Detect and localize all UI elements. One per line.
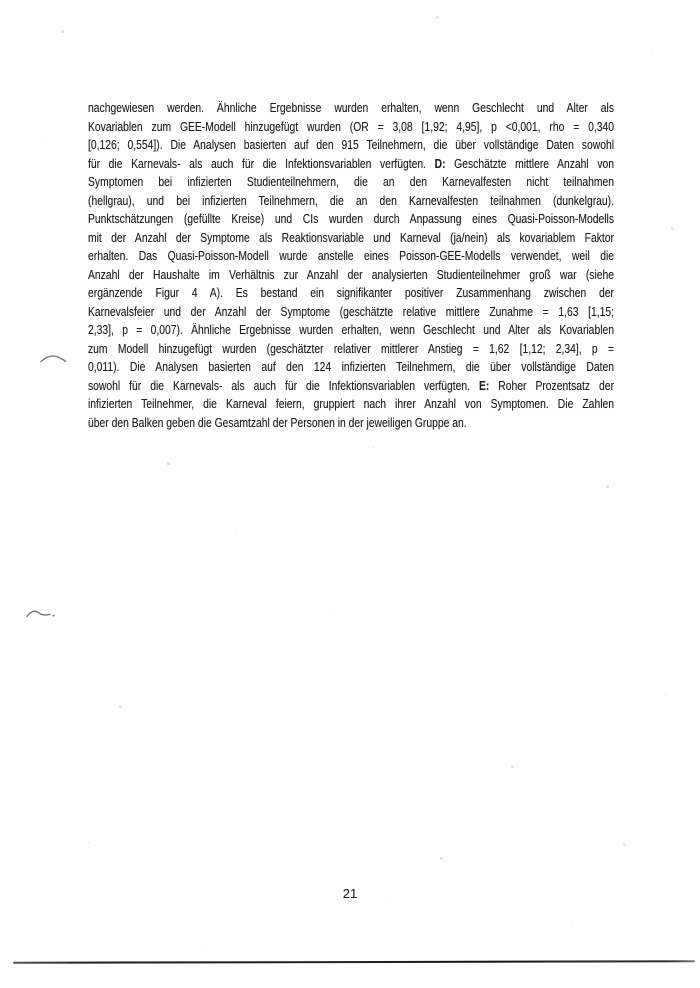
caption-text: erhalten. Das Quasi-Poisson-Modell wurde…: [88, 249, 614, 263]
caption-line: für die Karnevals- als auch für die Infe…: [88, 155, 614, 174]
caption-text: [0,126; 0,554]). Die Analysen basierten …: [88, 138, 614, 152]
caption-text: sowohl für die Karnevals- als auch für d…: [88, 379, 479, 393]
caption-line: erhalten. Das Quasi-Poisson-Modell wurde…: [88, 247, 614, 266]
caption-bold-label: D:: [435, 157, 446, 171]
caption-line: ergänzende Figur 4 A). Es bestand ein si…: [88, 284, 614, 303]
caption-line: (hellgrau), und bei infizierten Teilnehm…: [88, 192, 614, 211]
scan-edge-line: [13, 960, 695, 963]
pen-mark-icon: [40, 352, 68, 370]
scanned-document-page: nachgewiesen werden. Ähnliche Ergebnisse…: [0, 0, 700, 988]
caption-line: sowohl für die Karnevals- als auch für d…: [88, 377, 614, 396]
caption-text: Symptomen bei infizierten Studienteilneh…: [88, 175, 614, 189]
caption-line: [0,126; 0,554]). Die Analysen basierten …: [88, 136, 614, 155]
caption-text: Geschätzte mittlere Anzahl von: [446, 157, 614, 171]
caption-line: Kovariablen zum GEE-Modell hinzugefügt w…: [88, 118, 614, 137]
page-number: 21: [0, 886, 700, 901]
caption-line: mit der Anzahl der Symptome als Reaktion…: [88, 229, 614, 248]
caption-text: für die Karnevals- als auch für die Infe…: [88, 157, 435, 171]
caption-line: über den Balken geben die Gesamtzahl der…: [88, 414, 614, 433]
caption-line: Anzahl der Haushalte im Verhältnis zur A…: [88, 266, 614, 285]
caption-line: Karnevalsfeier und der Anzahl der Sympto…: [88, 303, 614, 322]
caption-line: nachgewiesen werden. Ähnliche Ergebnisse…: [88, 99, 614, 118]
pen-squiggle-icon: [25, 606, 59, 626]
caption-text: Karnevalsfeier und der Anzahl der Sympto…: [88, 305, 614, 319]
caption-text: Anzahl der Haushalte im Verhältnis zur A…: [88, 268, 614, 282]
caption-text: über den Balken geben die Gesamtzahl der…: [88, 416, 467, 430]
caption-text: infizierten Teilnehmer, die Karneval fei…: [88, 397, 614, 411]
caption-line: Symptomen bei infizierten Studienteilneh…: [88, 173, 614, 192]
caption-text: Punktschätzungen (gefüllte Kreise) und C…: [88, 212, 614, 226]
caption-bold-label: E:: [479, 379, 489, 393]
caption-text: nachgewiesen werden. Ähnliche Ergebnisse…: [88, 101, 614, 115]
caption-line: infizierten Teilnehmer, die Karneval fei…: [88, 395, 614, 414]
caption-line: zum Modell hinzugefügt wurden (geschätzt…: [88, 340, 614, 359]
caption-line: Punktschätzungen (gefüllte Kreise) und C…: [88, 210, 614, 229]
caption-text: Kovariablen zum GEE-Modell hinzugefügt w…: [88, 120, 614, 134]
caption-text: ergänzende Figur 4 A). Es bestand ein si…: [88, 286, 614, 300]
caption-line: 2,33], p = 0,007). Ähnliche Ergebnisse w…: [88, 321, 614, 340]
caption-text: mit der Anzahl der Symptome als Reaktion…: [88, 231, 614, 245]
caption-text: zum Modell hinzugefügt wurden (geschätzt…: [88, 342, 614, 356]
figure-caption: nachgewiesen werden. Ähnliche Ergebnisse…: [88, 99, 614, 432]
caption-text: (hellgrau), und bei infizierten Teilnehm…: [88, 194, 614, 208]
caption-text: 0,011). Die Analysen basierten auf den 1…: [88, 360, 614, 374]
caption-text: Roher Prozentsatz der: [489, 379, 614, 393]
caption-line: 0,011). Die Analysen basierten auf den 1…: [88, 358, 614, 377]
caption-text: 2,33], p = 0,007). Ähnliche Ergebnisse w…: [88, 323, 614, 337]
scan-noise: [0, 0, 1, 1]
